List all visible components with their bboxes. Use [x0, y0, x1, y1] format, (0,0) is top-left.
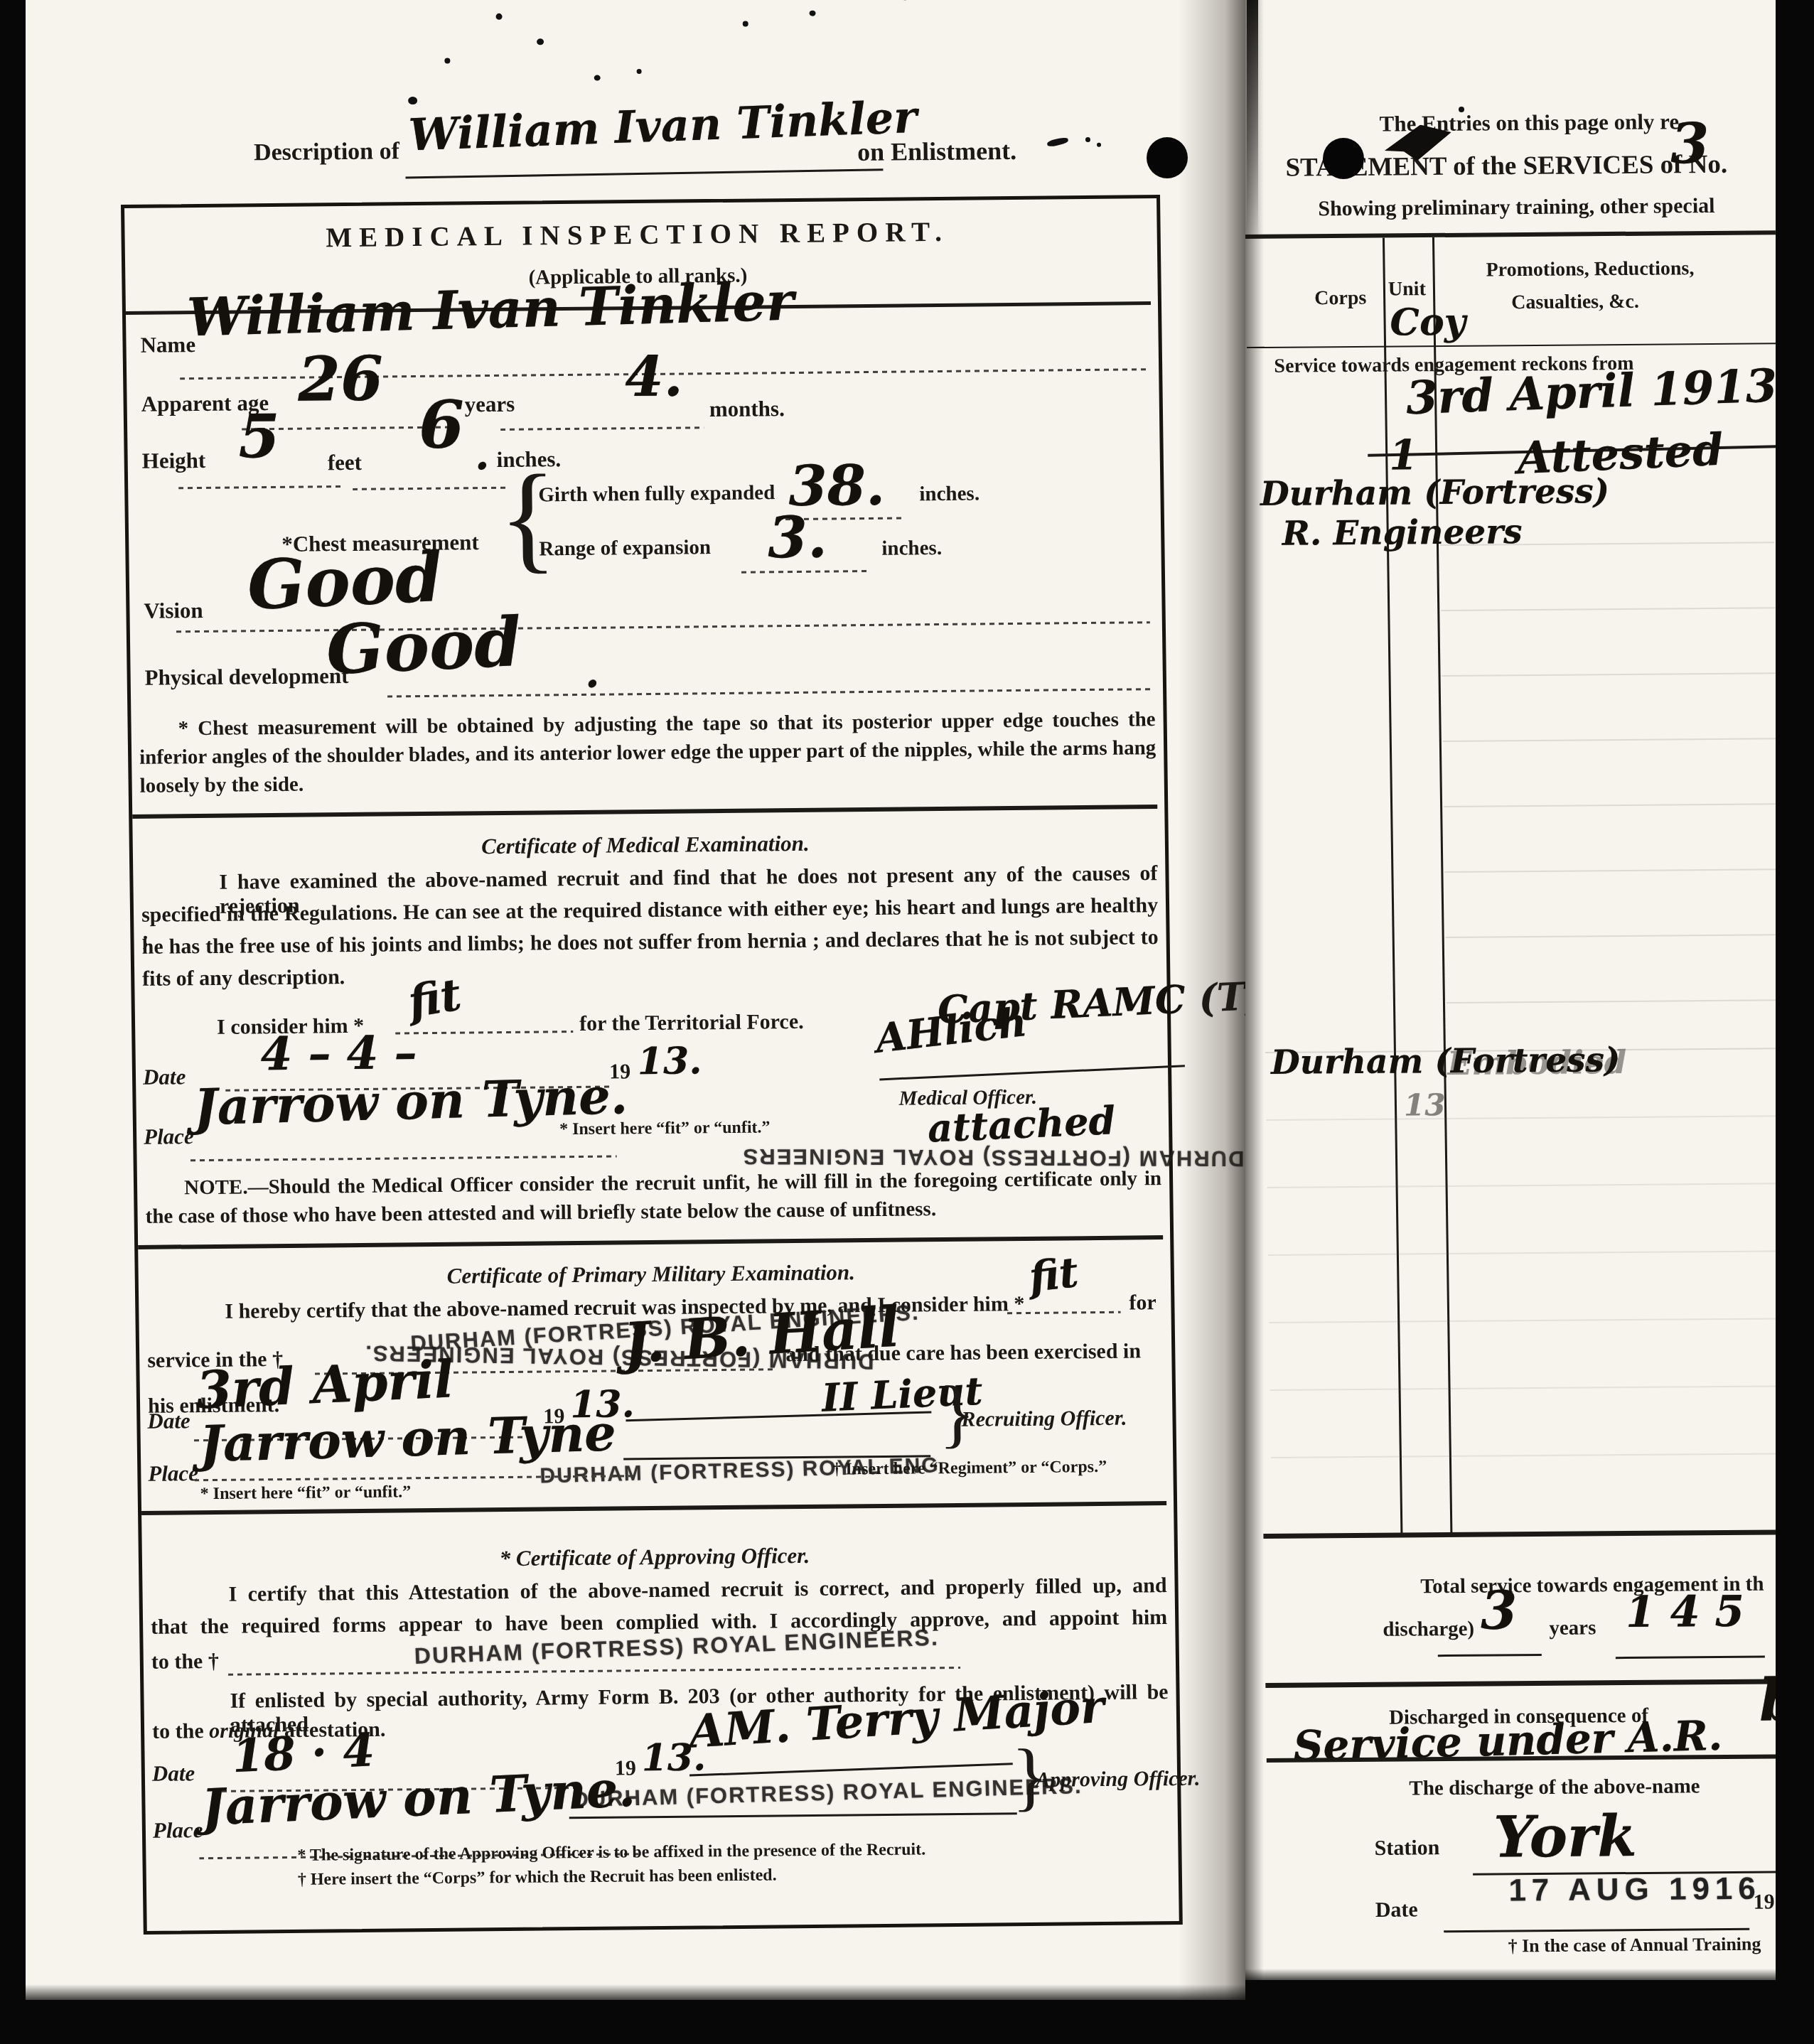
showing-heading: Showing preliminary training, other spec… [1318, 194, 1715, 221]
rule-statement-top [1245, 230, 1776, 239]
unit-entry2-handwritten: 13 [1404, 1087, 1446, 1122]
ledger-line [1270, 1385, 1776, 1391]
expansion-unit: inches. [881, 537, 942, 561]
recruit-name-handwritten: William Ivan Tinkler [407, 91, 918, 161]
medical-date-label: Date [143, 1064, 186, 1090]
rule-table-header [1247, 343, 1776, 348]
ledger-line [1441, 607, 1775, 611]
col-promotions-2: Casualties, &c. [1511, 291, 1639, 314]
age-months-value-handwritten: 4. [625, 344, 684, 409]
ink-blot [743, 21, 748, 26]
station-label: Station [1374, 1836, 1439, 1861]
height-feet-handwritten: 5 [238, 401, 281, 472]
total-days-handwritten: 1 4 5 [1626, 1587, 1745, 1637]
approving-line5-start: to the [152, 1719, 209, 1743]
right-page-content: The Entries on this page only re STATEME… [1245, 0, 1776, 1980]
date-stamp: 17 AUG 1916 [1508, 1871, 1761, 1909]
fit-footnote: * Insert here “fit” or “unfit.” [559, 1118, 771, 1139]
height-inches-handwritten: 6 [418, 386, 464, 463]
ink-blot [444, 58, 450, 64]
primary-date-label: Date [147, 1408, 190, 1434]
service-number-handwritten: 3 [1670, 112, 1710, 176]
corps-footnote: † Insert here “Regiment” or “Corps.” [832, 1458, 1107, 1480]
ink-blot [1085, 137, 1090, 142]
height-dot-handwritten: . [474, 430, 490, 480]
total-years-handwritten: 3 [1480, 1580, 1518, 1641]
ink-blot [537, 38, 544, 45]
height-feet-label: feet [328, 450, 363, 475]
physical-label: Physical development [144, 663, 348, 691]
approving-line3: to the † [151, 1650, 219, 1674]
discharge-above-label: The discharge of the above-name [1409, 1775, 1700, 1800]
ink-blot [408, 97, 417, 104]
description-prefix: Description of [254, 138, 399, 166]
unit-coy-handwritten: Coy [1390, 301, 1466, 345]
annual-training-footnote: † In the case of Annual Training [1508, 1934, 1761, 1957]
girth-unit: inches. [919, 482, 980, 506]
rule-discharged-top [1265, 1679, 1776, 1688]
corps-entry-line2-handwritten: R. Engineers [1282, 512, 1522, 554]
ledger-line [1446, 934, 1776, 938]
durham-stamp-flipped: DURHAM (FORTRESS) ROYAL ENGINEERS [742, 1144, 1245, 1171]
primary-place-handwritten: Jarrow on Tyne [199, 1403, 617, 1473]
vision-label: Vision [144, 598, 203, 624]
expansion-label: Range of expansion [539, 536, 711, 561]
date-label-right: Date [1375, 1898, 1418, 1922]
ink-blot [496, 14, 503, 20]
girth-label: Girth when fully expanded [538, 481, 775, 507]
ledger-line [1444, 803, 1776, 807]
col-unit: Unit [1388, 278, 1426, 301]
discharged-cut-handwritten: b [1759, 1666, 1776, 1734]
description-suffix: on Enlistment. [857, 136, 1017, 167]
total-days-line [1616, 1656, 1765, 1660]
chest-note-line3: loosely by the side. [139, 773, 304, 798]
medical-place-label: Place [144, 1124, 194, 1150]
ink-blot [594, 75, 601, 81]
medical-year-handwritten: 13. [637, 1039, 702, 1083]
rule-total-top [1263, 1529, 1776, 1539]
approving-date-label: Date [152, 1760, 195, 1787]
attached-handwritten: attached [927, 1097, 1117, 1151]
primary-fit-handwritten: fit [1026, 1248, 1080, 1301]
col-promotions-1: Promotions, Reductions, [1486, 257, 1694, 281]
punch-hole-left [1147, 137, 1188, 178]
statement-page-right: The Entries on this page only re STATEME… [1245, 0, 1776, 1980]
ledger-line [1267, 1183, 1776, 1188]
age-months-label: months. [709, 396, 785, 422]
discharge-label: discharge) [1383, 1618, 1474, 1642]
attestation-page-left: Description of William Ivan Tinkler on E… [26, 0, 1245, 2000]
physical-value-handwritten: Good [325, 603, 523, 690]
embodied-handwritten: Embodied [1447, 1043, 1627, 1082]
ledger-line [1269, 1318, 1776, 1323]
left-page-content: Description of William Ivan Tinkler on E… [26, 0, 1245, 2000]
col-corps: Corps [1314, 287, 1367, 311]
year-printed-right: 19 [1753, 1890, 1774, 1914]
consider-fit-handwritten: fit [404, 968, 465, 1028]
ledger-line [1442, 672, 1776, 677]
approving-officer-label: Approving Officer. [1036, 1767, 1201, 1792]
approving-place-label: Place [153, 1817, 203, 1844]
recruiting-officer-label: Recruiting Officer. [961, 1406, 1127, 1432]
ledger-line [1444, 868, 1776, 873]
age-value-handwritten: 26 [298, 343, 384, 415]
table-divider-2 [1432, 237, 1452, 1535]
primary-place-label: Place [148, 1461, 198, 1487]
years-label: years [1549, 1616, 1596, 1640]
medical-cert-body-line4: fits of any description. [142, 965, 345, 991]
expansion-value-handwritten: 3. [768, 504, 828, 571]
ledger-line [1268, 1250, 1776, 1256]
physical-dot-handwritten: . [584, 648, 600, 698]
ink-blot [1459, 107, 1464, 112]
ink-smear [1046, 136, 1068, 147]
corps-entry-line1-handwritten: Durham (Fortress) [1260, 472, 1610, 514]
approving-year-handwritten: 13. [641, 1736, 706, 1780]
ledger-line [1271, 1453, 1776, 1458]
primary-fit-footnote: * Insert here “fit” or “unfit.” [200, 1483, 412, 1504]
age-years-label: years [464, 392, 515, 418]
ink-blot [637, 69, 642, 74]
ink-blot [810, 11, 816, 16]
station-handwritten: York [1493, 1802, 1637, 1871]
punch-hole-right [1323, 138, 1364, 179]
height-label: Height [141, 448, 205, 474]
ledger-line [1443, 738, 1776, 742]
ledger-line [1266, 1115, 1776, 1121]
ledger-line [1447, 999, 1776, 1004]
unit-entry-handwritten: 1 [1389, 431, 1418, 479]
description-underline [406, 168, 884, 178]
total-years-line [1438, 1654, 1542, 1657]
date-line-right [1444, 1928, 1749, 1932]
consider-suffix: for the Territorial Force. [579, 1010, 804, 1036]
primary-line1-end: for [1129, 1291, 1156, 1315]
ink-blot [1097, 143, 1101, 147]
